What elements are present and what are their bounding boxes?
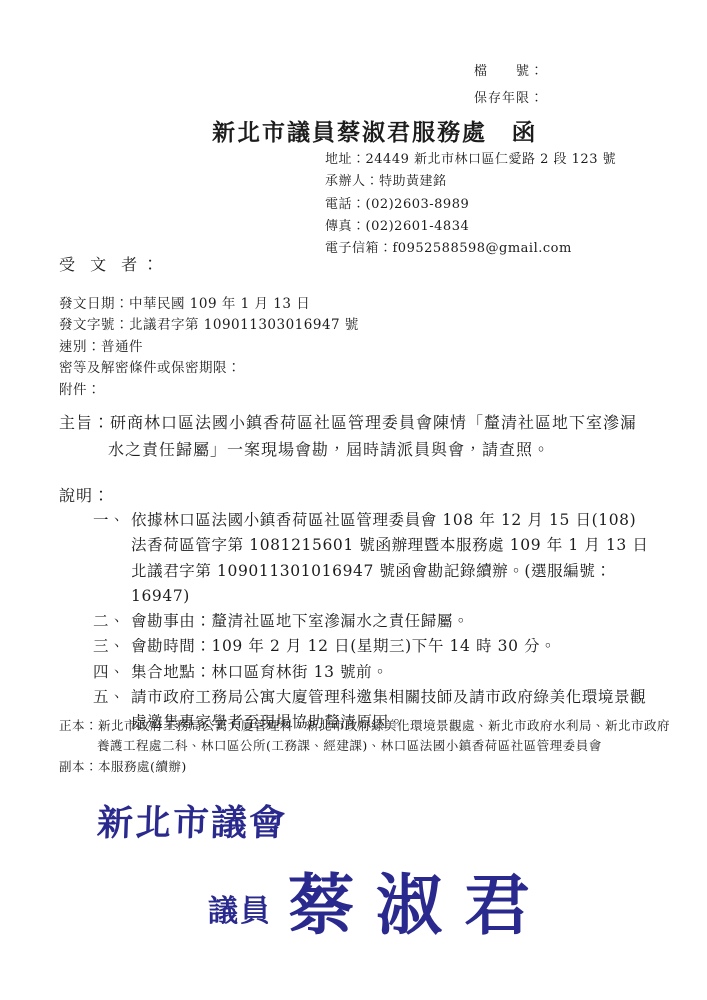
sender-phone: 電話：(02)2603-8989 (325, 194, 616, 216)
councilor-title-seal: 議員 (208, 886, 272, 930)
item-number: 一、 (93, 508, 131, 609)
subject-text: 研商林口區法國小鎮香荷區社區管理委員會陳情「釐清社區地下室滲漏水之責任歸屬」一案… (108, 413, 637, 459)
dispatch-speed: 速別：普通件 (59, 337, 359, 358)
description-item-4: 四、 集合地點：林口區育林街 13 號前。 (93, 660, 649, 685)
item-text: 集合地點：林口區育林街 13 號前。 (131, 660, 649, 685)
description-item-3: 三、 會勘時間：109 年 2 月 12 日(星期三)下午 14 時 30 分。 (93, 634, 649, 659)
item-text: 會勘事由：釐清社區地下室滲漏水之責任歸屬。 (131, 609, 649, 634)
subject-label: 主旨： (59, 413, 110, 432)
file-number-block: 檔 號： 保存年限： (474, 58, 544, 112)
original-recipients: 正本：新北市政府工務局公寓大廈管理科、新北市政府綠美化環境景觀處、新北市政府水利… (59, 716, 671, 757)
description-list: 一、 依據林口區法國小鎮香荷區社區管理委員會 108 年 12 月 15 日(1… (93, 508, 649, 736)
sender-fax: 傳真：(02)2601-4834 (325, 216, 616, 238)
description-label: 說明： (59, 483, 110, 506)
sender-email: 電子信箱：f0952588598@gmail.com (325, 238, 616, 260)
subject-paragraph: 主旨：研商林口區法國小鎮香荷區社區管理委員會陳情「釐清社區地下室滲漏水之責任歸屬… (59, 410, 651, 463)
dispatch-date: 發文日期：中華民國 109 年 1 月 13 日 (59, 294, 359, 315)
copies-block: 正本：新北市政府工務局公寓大廈管理科、新北市政府綠美化環境景觀處、新北市政府水利… (59, 716, 671, 777)
description-item-1: 一、 依據林口區法國小鎮香荷區社區管理委員會 108 年 12 月 15 日(1… (93, 508, 649, 609)
description-item-2: 二、 會勘事由：釐清社區地下室滲漏水之責任歸屬。 (93, 609, 649, 634)
item-text: 依據林口區法國小鎮香荷區社區管理委員會 108 年 12 月 15 日(108)… (131, 508, 649, 609)
council-seal-text: 新北市議會 (96, 795, 288, 846)
official-letter-page: 檔 號： 保存年限： 新北市議員蔡淑君服務處 函 地址：24449 新北市林口區… (0, 0, 707, 1000)
dispatch-attachment: 附件： (59, 380, 359, 401)
file-number-label: 檔 號： (474, 58, 544, 85)
recipient-label: 受 文 者： (59, 252, 163, 275)
sender-address: 地址：24449 新北市林口區仁愛路 2 段 123 號 (325, 149, 616, 171)
dispatch-meta-block: 發文日期：中華民國 109 年 1 月 13 日 發文字號：北議君字第 1090… (59, 294, 359, 401)
item-text: 會勘時間：109 年 2 月 12 日(星期三)下午 14 時 30 分。 (131, 634, 649, 659)
sender-contact-person: 承辦人：特助黃建銘 (325, 171, 616, 193)
dispatch-security: 密等及解密條件或保密期限： (59, 358, 359, 379)
cc-recipients: 副本：本服務處(續辦) (59, 757, 671, 777)
sender-contact-block: 地址：24449 新北市林口區仁愛路 2 段 123 號 承辦人：特助黃建銘 電… (325, 149, 616, 260)
letter-title: 新北市議員蔡淑君服務處 函 (0, 114, 707, 147)
item-number: 二、 (93, 609, 131, 634)
item-number: 三、 (93, 634, 131, 659)
dispatch-doc-number: 發文字號：北議君字第 109011303016947 號 (59, 315, 359, 336)
item-number: 四、 (93, 660, 131, 685)
councilor-name-signature: 蔡淑君 (288, 852, 552, 947)
retention-period-label: 保存年限： (474, 85, 544, 112)
